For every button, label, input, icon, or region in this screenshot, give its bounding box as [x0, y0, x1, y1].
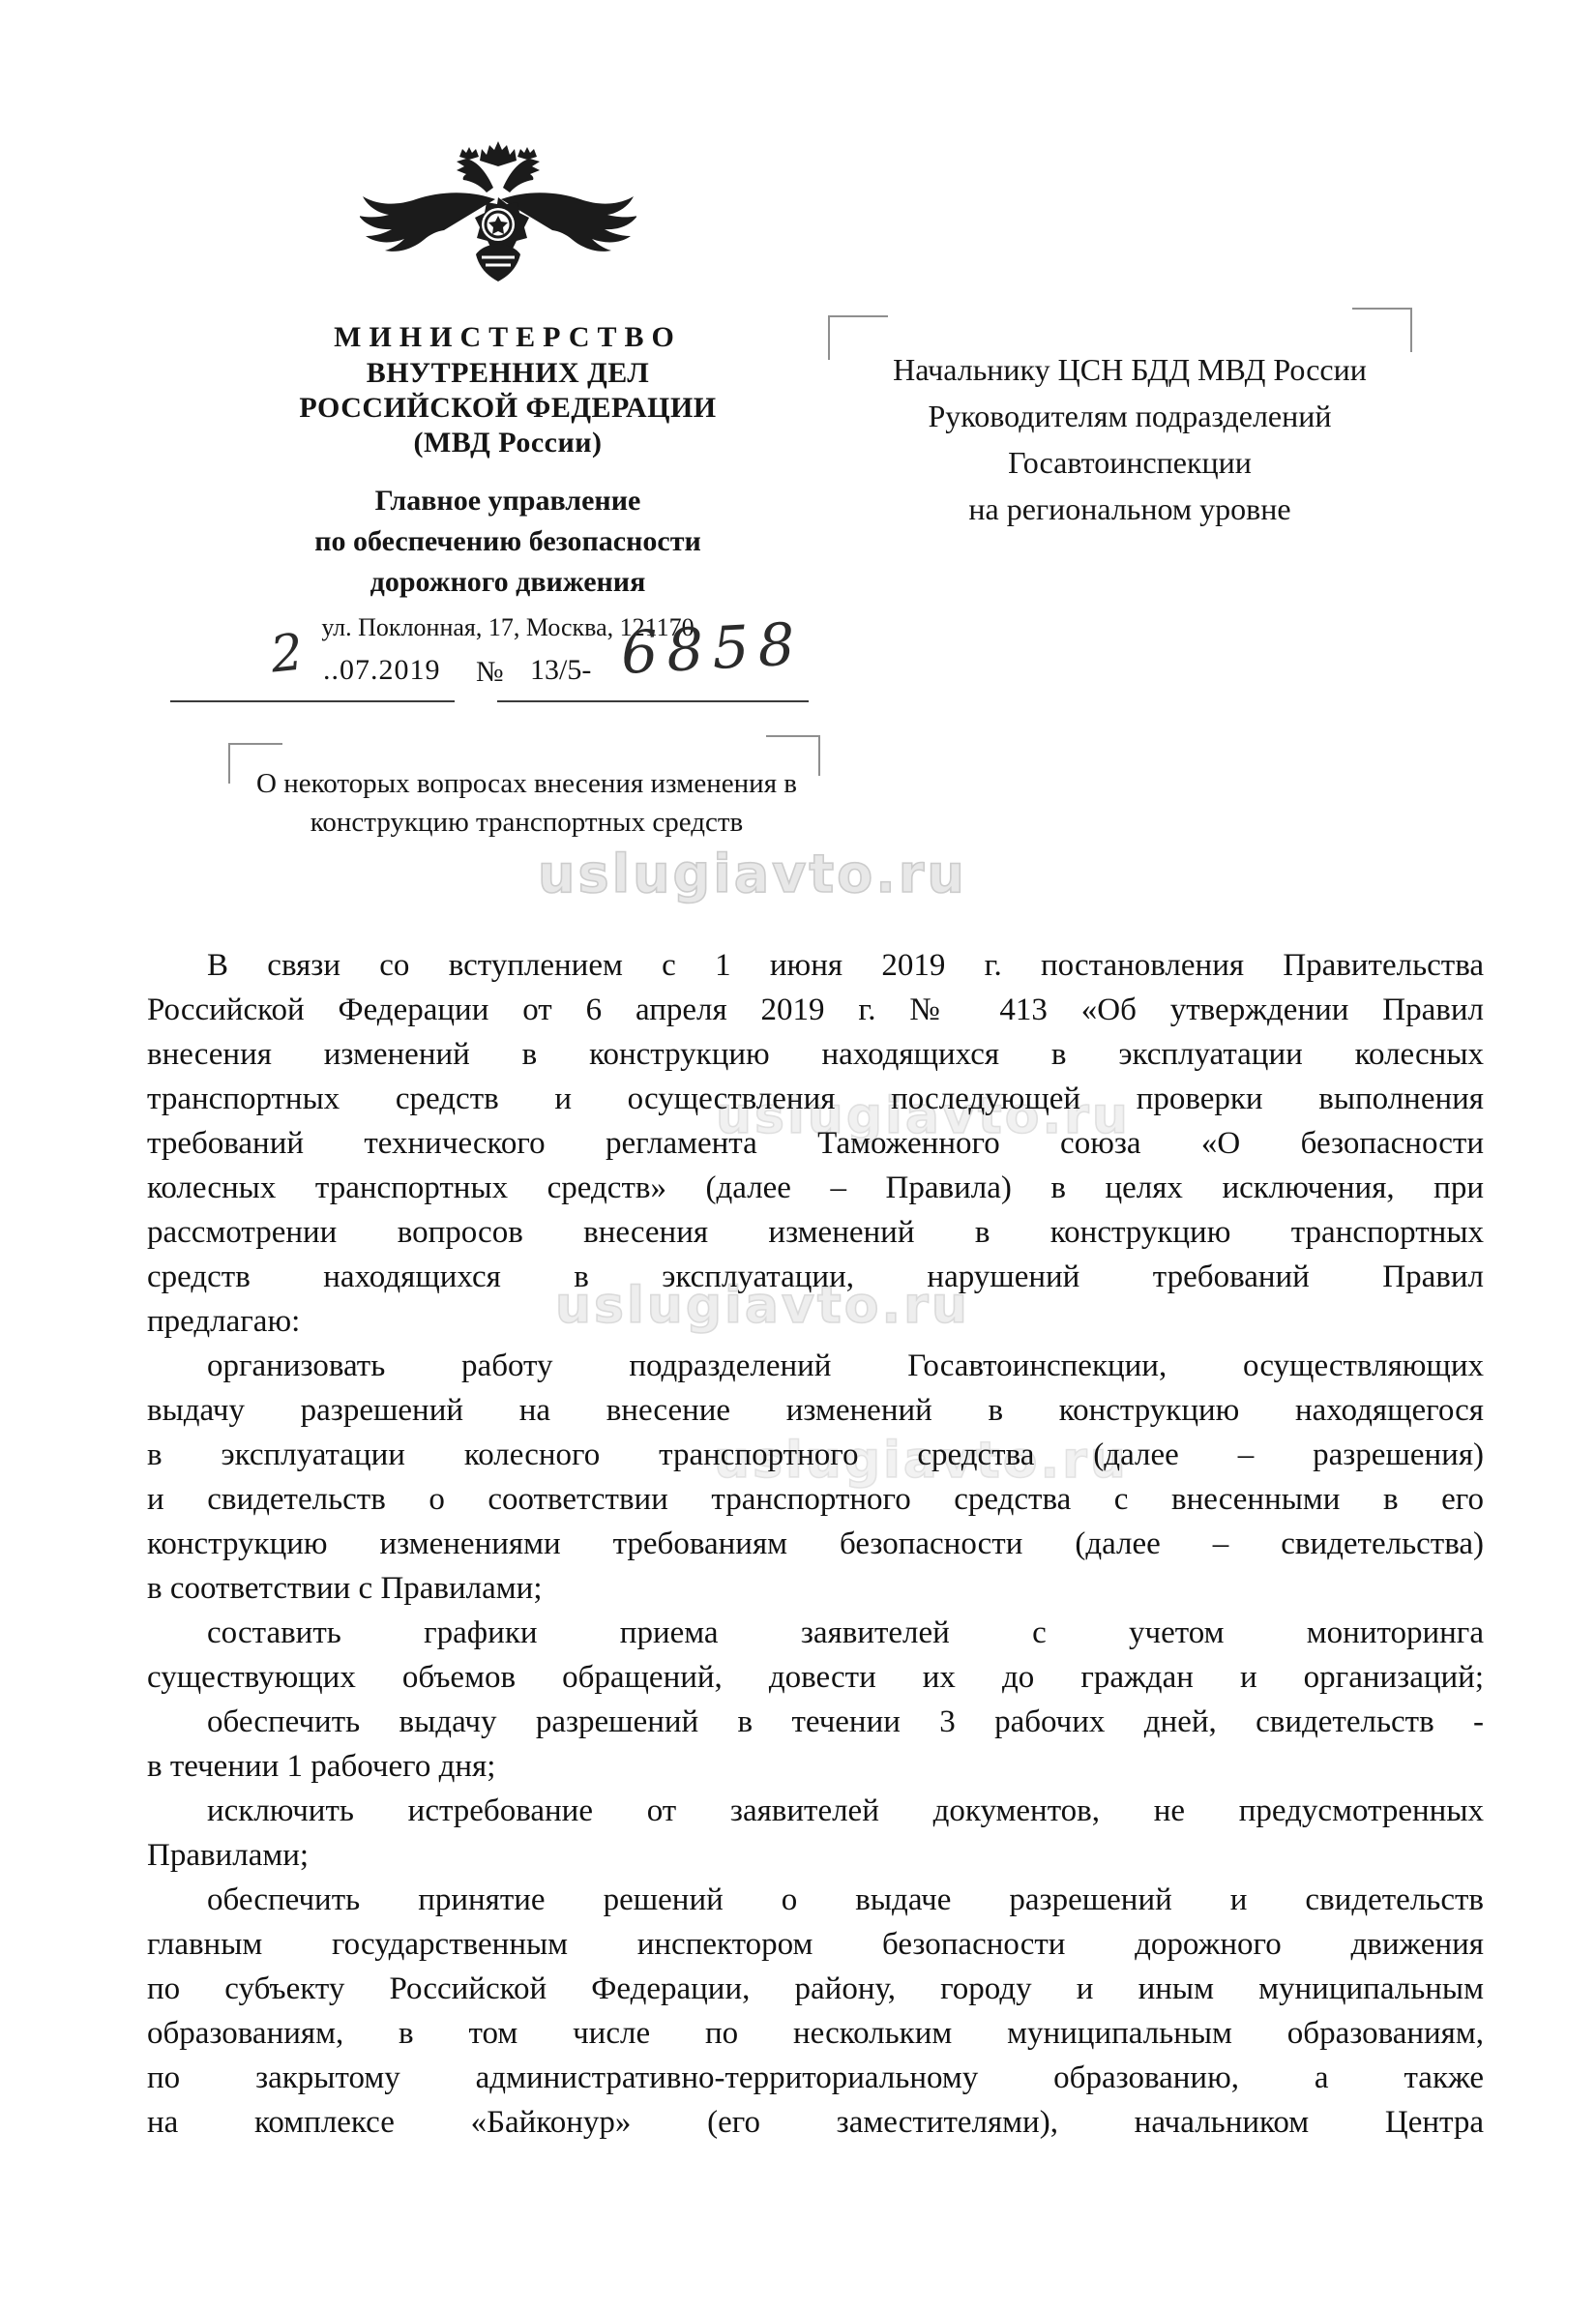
date-value: ..07.2019 — [323, 654, 441, 687]
recipient-line: на региональном уровне — [840, 486, 1420, 532]
paragraph-last-line: на комплексе «Байконур» (его заместителя… — [147, 2100, 1484, 2145]
number-prefix: 13/5- — [530, 654, 591, 687]
recipient-block: Начальнику ЦСН БДД МВД России Руководите… — [840, 346, 1420, 532]
body-paragraph: В связи со вступлением с 1 июня 2019 г. … — [147, 943, 1484, 1344]
department-line: по обеспечению безопасности — [237, 521, 779, 562]
paragraph-text: составить графики приема заявителей с уч… — [147, 1611, 1484, 1655]
paragraph-last-line: предлагаю: — [147, 1299, 1484, 1344]
paragraph-text: исключить истребование от заявителей док… — [147, 1789, 1484, 1833]
handwritten-day: 2 — [268, 623, 306, 684]
letter-body: В связи со вступлением с 1 июня 2019 г. … — [147, 943, 1484, 2145]
ministry-line: (МВД России) — [237, 426, 779, 460]
recipient-line: Госавтоинспекции — [840, 439, 1420, 486]
subject-line: О некоторых вопросах внесения изменения … — [224, 764, 829, 803]
ministry-line: ВНУТРЕННИХ ДЕЛ — [237, 356, 779, 391]
ministry-name: МИНИСТЕРСТВО ВНУТРЕННИХ ДЕЛ РОССИЙСКОЙ Ф… — [237, 319, 779, 460]
body-paragraph: составить графики приема заявителей с уч… — [147, 1611, 1484, 1700]
department-name: Главное управление по обеспечению безопа… — [237, 481, 779, 603]
subject-block: О некоторых вопросах внесения изменения … — [224, 764, 829, 842]
body-paragraph: обеспечить принятие решений о выдаче раз… — [147, 1878, 1484, 2145]
watermark: uslugiavto.ru — [538, 844, 967, 904]
paragraph-last-line: Правилами; — [147, 1833, 1484, 1878]
department-line: Главное управление — [237, 481, 779, 521]
number-sign: № — [476, 656, 504, 689]
paragraph-last-line: в течении 1 рабочего дня; — [147, 1744, 1484, 1789]
body-paragraph: исключить истребование от заявителей док… — [147, 1789, 1484, 1878]
document-page: МИНИСТЕРСТВО ВНУТРЕННИХ ДЕЛ РОССИЙСКОЙ Ф… — [0, 0, 1596, 2311]
date-underline — [170, 700, 455, 702]
paragraph-last-line: существующих объемов обращений, довести … — [147, 1655, 1484, 1700]
paragraph-last-line: в соответствии с Правилами; — [147, 1566, 1484, 1611]
ministry-line: МИНИСТЕРСТВО — [237, 319, 779, 356]
ministry-line: РОССИЙСКОЙ ФЕДЕРАЦИИ — [237, 391, 779, 426]
recipient-line: Руководителям подразделений — [840, 393, 1420, 439]
body-paragraph: организовать работу подразделений Госавт… — [147, 1344, 1484, 1611]
paragraph-text: организовать работу подразделений Госавт… — [147, 1344, 1484, 1566]
body-paragraph: обеспечить выдачу разрешений в течении 3… — [147, 1700, 1484, 1789]
handwritten-number: 6858 — [619, 610, 805, 688]
paragraph-text: обеспечить принятие решений о выдаче раз… — [147, 1878, 1484, 2100]
number-underline — [497, 700, 809, 702]
mvd-eagle-emblem-icon — [360, 141, 636, 282]
recipient-line: Начальнику ЦСН БДД МВД России — [840, 346, 1420, 393]
paragraph-text: В связи со вступлением с 1 июня 2019 г. … — [147, 943, 1484, 1299]
subject-line: конструкцию транспортных средств — [224, 803, 829, 842]
department-line: дорожного движения — [237, 562, 779, 603]
paragraph-text: обеспечить выдачу разрешений в течении 3… — [147, 1700, 1484, 1744]
